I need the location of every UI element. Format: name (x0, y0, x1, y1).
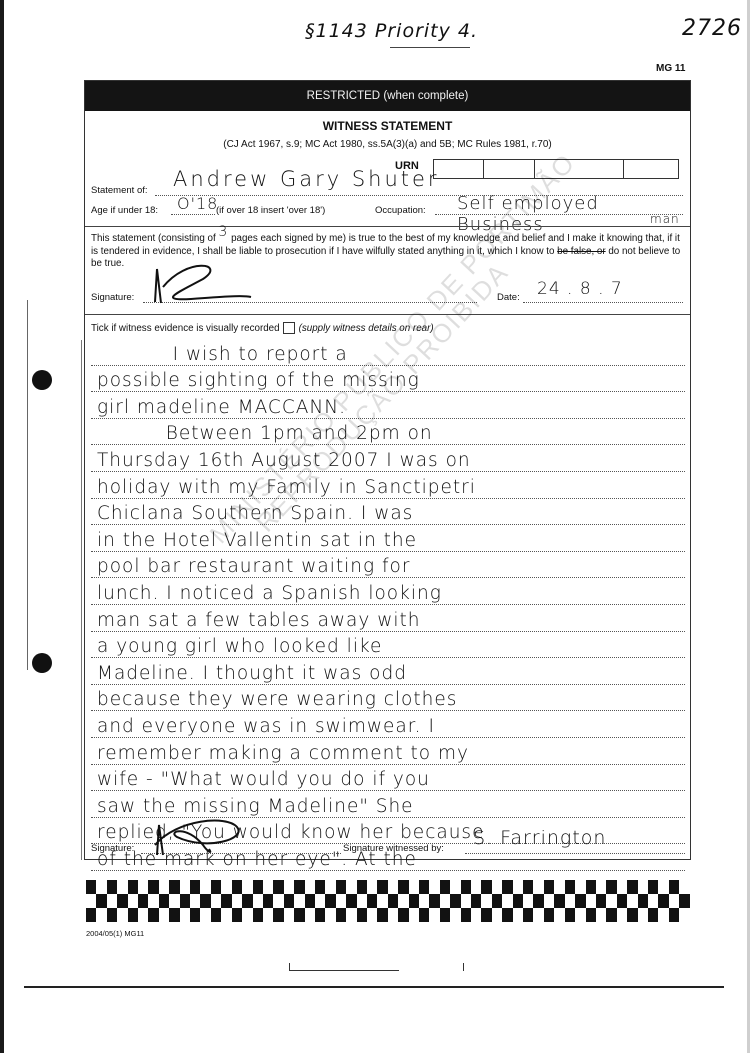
checker-cell (190, 880, 200, 894)
checker-cell (627, 894, 637, 908)
statement-of-value[interactable]: Andrew Gary Shuter (173, 167, 440, 191)
checker-cell (502, 894, 512, 908)
checker-cell (429, 908, 439, 922)
witnessed-label: Signature witnessed by: (343, 843, 444, 854)
page-bottom-rule (24, 986, 724, 988)
urn-box[interactable] (434, 160, 484, 178)
statement-body: I wish to report a possible sighting of … (91, 339, 685, 871)
checker-cell (336, 880, 346, 894)
checker-cell (450, 908, 460, 922)
statement-line: lunch. I noticed a Spanish looking (91, 578, 685, 605)
footer-signature-row: Signature: Signature witnessed by: S. Fa… (91, 831, 685, 851)
checker-cell (679, 880, 689, 894)
checker-cell (481, 894, 491, 908)
checker-cell (367, 908, 377, 922)
urn-box[interactable] (535, 160, 624, 178)
checker-cell (502, 880, 512, 894)
checker-cell (263, 880, 273, 894)
checker-cell (305, 880, 315, 894)
statement-line: a young girl who looked like (91, 632, 685, 659)
checker-cell (658, 908, 668, 922)
checker-cell (586, 894, 596, 908)
statement-line: Madeline. I thought it was odd (91, 658, 685, 685)
statement-line: Chiclana Southern Spain. I was (91, 499, 685, 526)
checker-cell (429, 894, 439, 908)
checker-cell (596, 908, 606, 922)
checker-cell (544, 880, 554, 894)
checker-cell (86, 880, 96, 894)
age-label: Age if under 18: (91, 205, 158, 216)
checker-cell (284, 894, 294, 908)
restricted-label: RESTRICTED (307, 90, 380, 102)
age-value[interactable]: O'18 (177, 194, 218, 213)
statement-line: man sat a few tables away with (91, 605, 685, 632)
urn-box[interactable] (484, 160, 536, 178)
checker-cell (523, 908, 533, 922)
checker-cell (325, 894, 335, 908)
tick-label: Tick if witness evidence is visually rec… (91, 323, 280, 334)
checker-cell (263, 908, 273, 922)
visual-record-checkbox[interactable] (283, 322, 295, 334)
checker-cell (242, 908, 252, 922)
checker-cell (492, 894, 502, 908)
restricted-banner: RESTRICTED (when complete) (85, 81, 690, 111)
checker-cell (627, 880, 637, 894)
checker-cell (242, 894, 252, 908)
checker-cell (648, 908, 658, 922)
checker-cell (315, 908, 325, 922)
date-line (523, 302, 683, 303)
checker-cell (502, 908, 512, 922)
age-hint: (if over 18 insert 'over 18') (216, 205, 325, 216)
statement-line: and everyone was in swimwear. I (91, 711, 685, 738)
checker-cell (169, 880, 179, 894)
witnessed-value[interactable]: S. Farrington (473, 827, 606, 849)
checker-cell (273, 894, 283, 908)
checker-cell (200, 908, 210, 922)
statement-line: in the Hotel Vallentin sat in the (91, 525, 685, 552)
checker-cell (606, 908, 616, 922)
signature-scribble[interactable] (147, 257, 257, 307)
scan-mark (463, 963, 464, 971)
checker-cell (419, 894, 429, 908)
checker-cell (606, 894, 616, 908)
checker-cell (398, 894, 408, 908)
checker-cell (461, 880, 471, 894)
date-label: Date: (497, 292, 520, 303)
checker-cell (523, 894, 533, 908)
checker-cell (107, 880, 117, 894)
checker-cell (513, 880, 523, 894)
checker-cell (638, 880, 648, 894)
statement-line: Thursday 16th August 2007 I was on (91, 445, 685, 472)
checker-cell (336, 908, 346, 922)
statement-line: saw the missing Madeline" She (91, 791, 685, 818)
date-value[interactable]: 24 . 8 . 7 (537, 279, 623, 299)
checker-cell (367, 894, 377, 908)
checker-cell (169, 894, 179, 908)
checker-cell (253, 908, 263, 922)
checker-cell (440, 908, 450, 922)
checker-cell (409, 894, 419, 908)
checker-cell (388, 908, 398, 922)
statement-line: I wish to report a (91, 339, 685, 366)
checker-cell (273, 880, 283, 894)
checker-cell (596, 880, 606, 894)
checker-cell (159, 908, 169, 922)
checker-cell (169, 908, 179, 922)
checker-cell (346, 908, 356, 922)
checker-cell (211, 880, 221, 894)
checker-cell (575, 908, 585, 922)
form-title: WITNESS STATEMENT (85, 119, 690, 133)
checker-cell (409, 908, 419, 922)
checker-cell (357, 908, 367, 922)
checker-cell (565, 894, 575, 908)
declaration-pre: This statement (consisting of (91, 233, 218, 244)
checker-cell (138, 894, 148, 908)
checker-cell (419, 908, 429, 922)
scan-left-edge (0, 0, 4, 1053)
declaration-struck-text: be false, or (557, 246, 605, 257)
checker-cell (128, 880, 138, 894)
checker-cell (232, 880, 242, 894)
checker-cell (617, 908, 627, 922)
checker-cell (481, 908, 491, 922)
checker-cell (658, 894, 668, 908)
checker-cell (575, 894, 585, 908)
checker-cell (638, 908, 648, 922)
checker-cell (346, 894, 356, 908)
margin-line (81, 340, 82, 860)
footer-signature-label: Signature: (91, 843, 134, 854)
checker-cell (617, 894, 627, 908)
checker-cell (533, 880, 543, 894)
checker-cell (253, 880, 263, 894)
checker-cell (211, 894, 221, 908)
checker-cell (419, 880, 429, 894)
checker-row (86, 908, 690, 922)
checker-cell (305, 908, 315, 922)
checker-cell (242, 880, 252, 894)
tick-note: (supply witness details on rear) (299, 323, 434, 334)
occupation-value-continued: man (650, 212, 680, 226)
checker-cell (586, 880, 596, 894)
checkerboard-band (86, 880, 690, 922)
checker-cell (596, 894, 606, 908)
checker-cell (346, 880, 356, 894)
checker-cell (450, 880, 460, 894)
checker-cell (221, 894, 231, 908)
checker-cell (190, 894, 200, 908)
statement-line: wife - "What would you do if you (91, 765, 685, 792)
statement-line: remember making a comment to my (91, 738, 685, 765)
checker-cell (565, 880, 575, 894)
punch-hole-top (32, 370, 52, 390)
form-legal-acts: (CJ Act 1967, s.9; MC Act 1980, ss.5A(3)… (85, 139, 690, 150)
checker-cell (544, 908, 554, 922)
page-count-value[interactable]: 3 (218, 224, 228, 240)
checker-cell (554, 908, 564, 922)
note-underline (390, 47, 470, 48)
checker-cell (648, 894, 658, 908)
checker-cell (107, 894, 117, 908)
checker-cell (388, 894, 398, 908)
checker-cell (273, 908, 283, 922)
scan-mark (289, 963, 399, 971)
checker-cell (377, 894, 387, 908)
checker-cell (409, 880, 419, 894)
checker-cell (471, 894, 481, 908)
checker-cell (554, 894, 564, 908)
checker-cell (377, 908, 387, 922)
checker-cell (544, 894, 554, 908)
margin-line (27, 300, 28, 670)
checker-cell (284, 880, 294, 894)
checker-cell (138, 908, 148, 922)
checker-cell (138, 880, 148, 894)
checker-cell (284, 908, 294, 922)
checker-cell (325, 880, 335, 894)
checker-cell (148, 880, 158, 894)
checker-cell (679, 908, 689, 922)
checker-cell (533, 894, 543, 908)
checker-cell (159, 894, 169, 908)
checker-cell (128, 894, 138, 908)
witnessed-line (465, 853, 685, 854)
checker-cell (211, 908, 221, 922)
statement-line: Between 1pm and 2pm on (91, 419, 685, 446)
checker-cell (305, 894, 315, 908)
witness-statement-form: RESTRICTED (when complete) WITNESS STATE… (84, 80, 691, 860)
checker-cell (159, 880, 169, 894)
handwritten-priority-note: §1143 Priority 4. (305, 20, 478, 42)
checker-cell (180, 880, 190, 894)
checker-cell (398, 908, 408, 922)
checker-cell (180, 894, 190, 908)
checker-cell (148, 894, 158, 908)
checker-cell (96, 880, 106, 894)
checker-cell (575, 880, 585, 894)
checker-cell (96, 908, 106, 922)
checker-cell (523, 880, 533, 894)
statement-line: because they were wearing clothes (91, 685, 685, 712)
checker-cell (221, 908, 231, 922)
checker-cell (429, 880, 439, 894)
checker-cell (648, 880, 658, 894)
checker-cell (294, 908, 304, 922)
checker-cell (180, 908, 190, 922)
checker-cell (325, 908, 335, 922)
form-code: 2004/05(1) MG11 (86, 929, 144, 938)
checker-cell (606, 880, 616, 894)
checker-cell (440, 880, 450, 894)
checker-cell (367, 880, 377, 894)
checker-cell (86, 908, 96, 922)
checker-cell (440, 894, 450, 908)
urn-boxes (433, 159, 679, 179)
age-line (171, 214, 215, 215)
checker-cell (357, 880, 367, 894)
statement-line: holiday with my Family in Sanctipetri (91, 472, 685, 499)
checker-cell (554, 880, 564, 894)
checker-cell (388, 880, 398, 894)
checker-cell (669, 894, 679, 908)
checker-cell (658, 880, 668, 894)
checker-cell (398, 880, 408, 894)
checker-cell (232, 894, 242, 908)
checker-cell (117, 908, 127, 922)
checker-cell (294, 894, 304, 908)
punch-hole-bottom (32, 653, 52, 673)
checker-cell (253, 894, 263, 908)
checker-cell (461, 894, 471, 908)
checker-cell (377, 880, 387, 894)
checker-cell (565, 908, 575, 922)
checker-cell (200, 880, 210, 894)
statement-line: possible sighting of the missing (91, 366, 685, 393)
checker-cell (533, 908, 543, 922)
checker-cell (232, 908, 242, 922)
checker-cell (86, 894, 96, 908)
checker-cell (221, 880, 231, 894)
checker-cell (263, 894, 273, 908)
checker-cell (471, 880, 481, 894)
footer-signature-scribble[interactable] (147, 815, 257, 859)
checker-cell (357, 894, 367, 908)
checker-cell (513, 894, 523, 908)
checker-cell (492, 908, 502, 922)
checker-row (86, 880, 690, 894)
checker-row (86, 894, 690, 908)
occupation-label: Occupation: (375, 205, 426, 216)
checker-cell (200, 894, 210, 908)
checker-cell (128, 908, 138, 922)
section-divider (85, 314, 690, 315)
checker-cell (481, 880, 491, 894)
checker-cell (492, 880, 502, 894)
handwritten-page-number: 2726 (682, 16, 742, 41)
checker-cell (461, 908, 471, 922)
urn-box[interactable] (624, 160, 678, 178)
checker-cell (638, 894, 648, 908)
signature-label: Signature: (91, 292, 134, 303)
checker-cell (148, 908, 158, 922)
checker-cell (669, 908, 679, 922)
checker-cell (617, 880, 627, 894)
checker-cell (471, 908, 481, 922)
checker-cell (336, 894, 346, 908)
checker-cell (96, 894, 106, 908)
checker-cell (315, 880, 325, 894)
statement-of-label: Statement of: (91, 185, 148, 196)
statement-line: pool bar restaurant waiting for (91, 552, 685, 579)
checker-cell (117, 880, 127, 894)
checker-cell (107, 908, 117, 922)
checker-cell (513, 908, 523, 922)
checker-cell (117, 894, 127, 908)
checker-cell (586, 908, 596, 922)
statement-line: girl madeline MACCANN. (91, 392, 685, 419)
restricted-sub-label: (when complete) (380, 90, 468, 102)
visual-record-row: Tick if witness evidence is visually rec… (91, 322, 434, 334)
checker-cell (294, 880, 304, 894)
checker-cell (190, 908, 200, 922)
checker-cell (315, 894, 325, 908)
form-id: MG 11 (656, 63, 685, 74)
section-divider (85, 226, 690, 227)
checker-cell (669, 880, 679, 894)
checker-cell (627, 908, 637, 922)
checker-cell (679, 894, 689, 908)
checker-cell (450, 894, 460, 908)
